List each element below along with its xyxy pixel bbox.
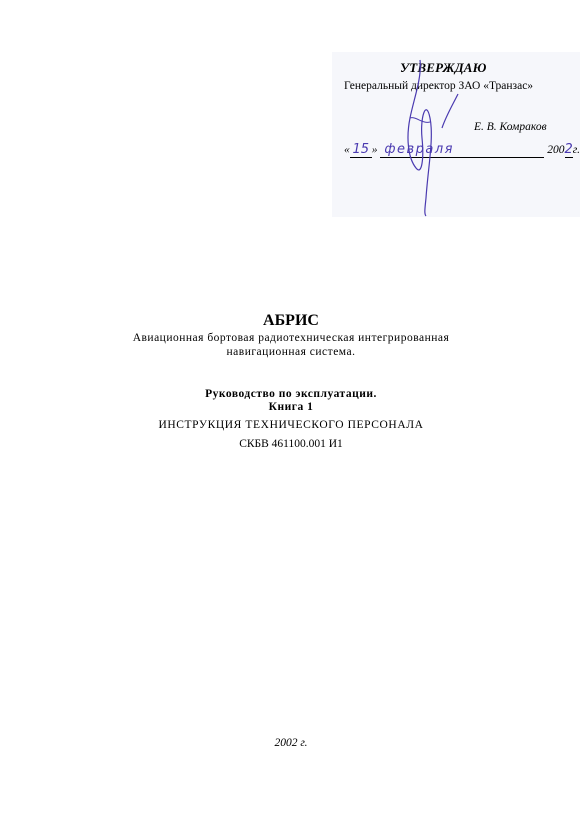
- date-year-digit: 2: [565, 142, 573, 158]
- date-year-prefix: 200: [547, 144, 564, 156]
- subtitle-line-2: навигационная система.: [0, 345, 582, 359]
- document-code: СКБВ 461100.001 И1: [0, 438, 582, 450]
- manual-line-1: Руководство по эксплуатации.: [0, 388, 582, 401]
- instruction-title: ИНСТРУКЦИЯ ТЕХНИЧЕСКОГО ПЕРСОНАЛА: [0, 419, 582, 431]
- handwritten-signature-icon: [400, 58, 480, 218]
- document-subtitle: Авиационная бортовая радиотехническая ин…: [0, 331, 582, 359]
- date-day: 15: [350, 142, 372, 158]
- subtitle-line-1: Авиационная бортовая радиотехническая ин…: [0, 331, 582, 345]
- approver-name: Е. В. Комраков: [474, 121, 547, 133]
- date-close-quote: »: [372, 144, 378, 156]
- document-year: 2002 г.: [0, 737, 582, 749]
- date-year-suffix: г.: [573, 144, 580, 156]
- manual-heading: Руководство по эксплуатации. Книга 1: [0, 388, 582, 414]
- document-title: АБРИС: [0, 312, 582, 330]
- manual-line-2: Книга 1: [0, 401, 582, 414]
